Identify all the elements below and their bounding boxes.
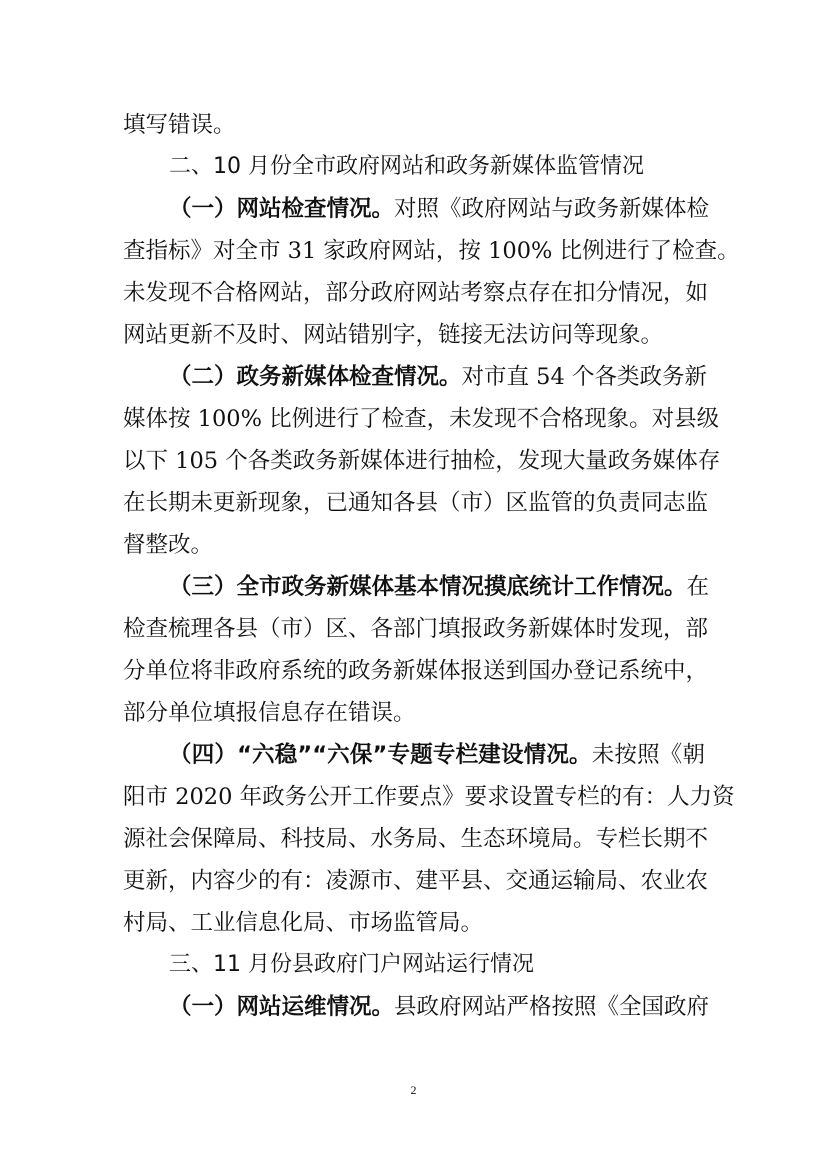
paragraph-text: 对市直 54 个各类政务新 <box>462 364 707 390</box>
paragraph-start: （三）全市政务新媒体基本情况摸底统计工作情况。在 <box>123 566 705 608</box>
paragraph-text: 未按照《朝 <box>592 742 705 768</box>
paragraph-text: 县政府网站严格按照《全国政府 <box>394 994 709 1020</box>
text-line: 督整改。 <box>123 524 705 566</box>
text-line: 检查梳理各县（市）区、各部门填报政务新媒体时发现，部 <box>123 608 705 650</box>
paragraph-title: （一）网站检查情况。 <box>169 196 394 222</box>
paragraph-title: （一）网站运维情况。 <box>169 994 394 1020</box>
text-line: 查指标》对全市 31 家政府网站，按 100% 比例进行了检查。 <box>123 230 705 272</box>
paragraph-text: 对照《政府网站与政务新媒体检 <box>394 196 709 222</box>
text-line: 网站更新不及时、网站错别字，链接无法访问等现象。 <box>123 314 705 356</box>
text-line: 填写错误。 <box>123 104 705 146</box>
text-line: 分单位将非政府系统的政务新媒体报送到国办登记系统中， <box>123 650 705 692</box>
paragraph-start: （一）网站运维情况。县政府网站严格按照《全国政府 <box>123 986 705 1028</box>
paragraph-start: （一）网站检查情况。对照《政府网站与政务新媒体检 <box>123 188 705 230</box>
page-number: 2 <box>0 1083 827 1098</box>
text-line: 媒体按 100% 比例进行了检查，未发现不合格现象。对县级 <box>123 398 705 440</box>
text-line: 在长期未更新现象，已通知各县（市）区监管的负责同志监 <box>123 482 705 524</box>
text-line: 源社会保障局、科技局、水务局、生态环境局。专栏长期不 <box>123 818 705 860</box>
paragraph-title: （四）“六稳”“六保”专题专栏建设情况。 <box>169 742 592 768</box>
text-line: 以下 105 个各类政务新媒体进行抽检，发现大量政务媒体存 <box>123 440 705 482</box>
text-line: 更新，内容少的有：凌源市、建平县、交通运输局、农业农 <box>123 860 705 902</box>
paragraph-title: （二）政务新媒体检查情况。 <box>169 364 462 390</box>
paragraph-start: （二）政务新媒体检查情况。对市直 54 个各类政务新 <box>123 356 705 398</box>
document-page: 填写错误。 二、10 月份全市政府网站和政务新媒体监管情况 （一）网站检查情况。… <box>123 104 705 1028</box>
text-line: 阳市 2020 年政务公开工作要点》要求设置专栏的有：人力资 <box>123 776 705 818</box>
text-line: 村局、工业信息化局、市场监管局。 <box>123 902 705 944</box>
section-heading-2: 二、10 月份全市政府网站和政务新媒体监管情况 <box>123 146 705 188</box>
text-line: 未发现不合格网站，部分政府网站考察点存在扣分情况，如 <box>123 272 705 314</box>
text-line: 部分单位填报信息存在错误。 <box>123 692 705 734</box>
section-heading-3: 三、11 月份县政府门户网站运行情况 <box>123 944 705 986</box>
paragraph-text: 在 <box>687 574 710 600</box>
paragraph-start: （四）“六稳”“六保”专题专栏建设情况。未按照《朝 <box>123 734 705 776</box>
paragraph-title: （三）全市政务新媒体基本情况摸底统计工作情况。 <box>169 574 687 600</box>
